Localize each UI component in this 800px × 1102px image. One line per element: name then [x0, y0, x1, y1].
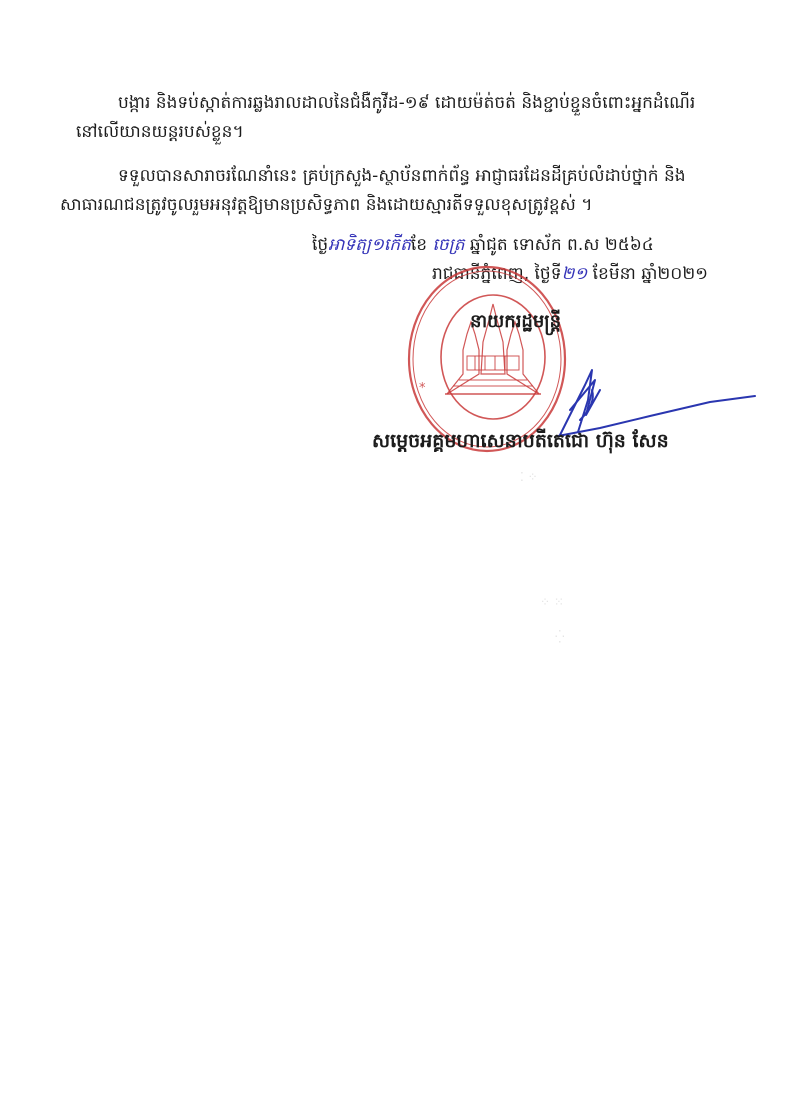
paragraph1-line1: បង្ការ និងទប់ស្កាត់ការឆ្លងរាលដាលនៃជំងឺកូ… — [118, 92, 695, 114]
lunar-date-prefix: ថ្ងៃ — [312, 235, 328, 255]
svg-text:*: * — [419, 381, 426, 396]
handwritten-lunar-month: ចេត្រ — [432, 235, 464, 255]
bleed-through-mark: ⁘ ⁙ — [540, 595, 564, 609]
lunar-month-label: ខែ — [411, 235, 427, 255]
signatory-title: នាយករដ្ឋមន្ត្រី — [470, 311, 561, 333]
lunar-date: ថ្ងៃអាទិត្យ១កើតខែ ចេត្រ ឆ្នាំជូត ទោស័ក ព… — [312, 234, 654, 256]
paragraph2-line2: សាធារណជនត្រូវចូលរួមអនុវត្តឱ្យមានប្រសិទ្ធ… — [60, 194, 592, 216]
lunar-date-suffix: ឆ្នាំជូត ទោស័ក ព.ស ២៥៦៤ — [470, 235, 654, 255]
bleed-through-mark: ⁚ ⁘ — [520, 470, 538, 484]
signatory-name: សម្តេចអគ្គមហាសេនាបតីតេជោ ហ៊ុន សែន — [372, 430, 669, 452]
paragraph1-line2: នៅលើយានយន្តរបស់ខ្លួន។ — [76, 121, 244, 143]
bleed-through-mark: ⁛ — [555, 630, 565, 644]
handwritten-lunar-day: អាទិត្យ១កើត — [328, 235, 411, 255]
solar-date-suffix: ខែមីនា ឆ្នាំ២០២១ — [593, 264, 708, 284]
paragraph2-line1: ទទួលបានសារាចរណែនាំនេះ គ្រប់ក្រសួង-ស្ថាប័… — [118, 165, 686, 187]
